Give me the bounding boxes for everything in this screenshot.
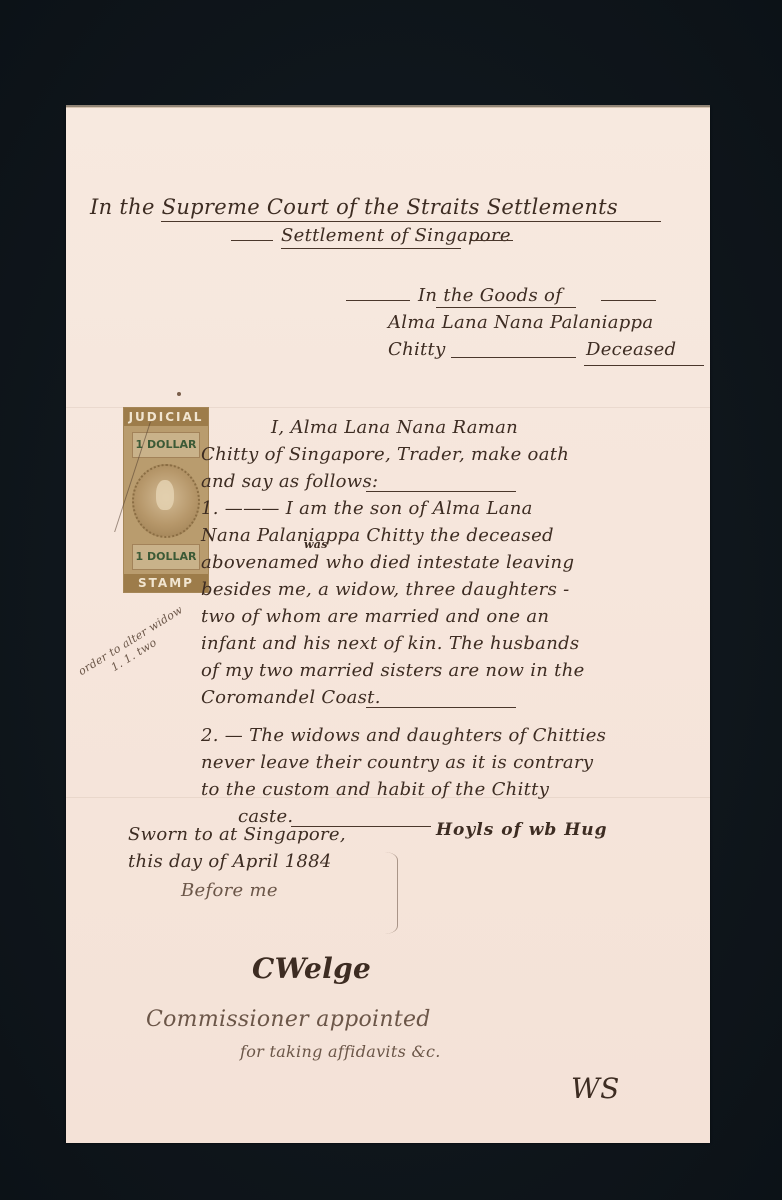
affidavit-page: In the Supreme Court of the Straits Sett…: [66, 107, 710, 1143]
affidavit-line: of my two married sisters are now in the: [201, 660, 585, 681]
affidavit-line: Nana Palaniappa Chitty the deceased: [201, 525, 554, 546]
commissioner-title: Commissioner appointed: [146, 1007, 431, 1032]
affidavit-line: never leave their country as it is contr…: [201, 752, 593, 773]
margin-note: order to alter widow 1. 1. two: [76, 603, 193, 691]
affidavit-line: abovenamed who died intestate leaving: [201, 552, 574, 573]
commissioner-title-cont: for taking affidavits &c.: [240, 1042, 441, 1061]
goods-dash: [601, 300, 656, 301]
settlement-underline: [281, 248, 461, 249]
deceased-label: Deceased: [586, 339, 676, 360]
affidavit-line: I, Alma Lana Nana Raman: [271, 417, 518, 438]
deponent-signature: Hoyls of wb Hug: [436, 820, 608, 840]
affidavit-line: and say as follows:: [201, 471, 378, 492]
goods-underline: [436, 307, 576, 308]
jurat-before-line: Before me: [181, 880, 278, 901]
heading-dash: [471, 240, 513, 241]
heading-underline: [161, 221, 661, 222]
seal-squiggle-icon: [371, 852, 398, 934]
pin-hole: [177, 392, 181, 396]
heading-dash: [231, 240, 273, 241]
interlined-correction: was: [304, 538, 328, 551]
jurat-sworn-line: Sworn to at Singapore,: [128, 824, 346, 845]
affidavit-line: besides me, a widow, three daughters -: [201, 579, 570, 600]
deceased-name: Alma Lana Nana Palaniappa: [388, 312, 653, 333]
deceased-name-cont: Chitty: [388, 339, 446, 360]
affidavit-line: Coromandel Coast.: [201, 687, 381, 708]
goods-of-heading: In the Goods of: [418, 285, 562, 306]
commissioner-signature: CWelge: [252, 952, 371, 985]
affidavit-line: two of whom are married and one an: [201, 606, 549, 627]
deceased-dash: [451, 357, 576, 358]
affidavit-line: infant and his next of kin. The husbands: [201, 633, 579, 654]
deceased-underline: [584, 365, 704, 366]
stamp-bottom-label: STAMP: [124, 574, 208, 592]
affidavit-line: 2. — The widows and daughters of Chittie…: [201, 725, 606, 746]
goods-dash: [346, 300, 410, 301]
court-heading: In the Supreme Court of the Straits Sett…: [90, 195, 618, 219]
settlement-heading: Settlement of Singapore: [281, 225, 511, 246]
initials-mark: WS: [571, 1072, 620, 1105]
judicial-stamp: JUDICIAL 1 DOLLAR 1 DOLLAR STAMP: [123, 407, 209, 593]
affidavit-line: Chitty of Singapore, Trader, make oath: [201, 444, 569, 465]
stamp-value-bottom: 1 DOLLAR: [132, 544, 200, 570]
jurat-date-line: this day of April 1884: [128, 851, 332, 872]
affidavit-line: 1. ——— I am the son of Alma Lana: [201, 498, 533, 519]
line-filler: [366, 707, 516, 708]
line-filler: [366, 491, 516, 492]
affidavit-line: to the custom and habit of the Chitty: [201, 779, 549, 800]
